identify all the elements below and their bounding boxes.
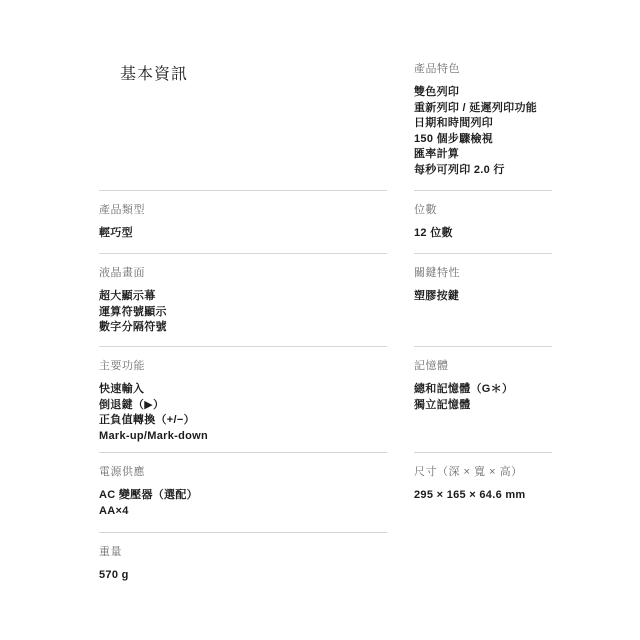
section-lcd-display: 液晶畫面 超大顯示幕 運算符號顯示 數字分隔符號 [99, 253, 387, 346]
section-key-characteristics: 關鍵特性 塑膠按鍵 [414, 253, 552, 346]
section-product-features: 產品特色 雙色列印 重新列印 / 延遲列印功能 日期和時間列印 150 個步驟檢… [414, 0, 552, 190]
spec-value: 295 × 165 × 64.6 mm [414, 488, 552, 504]
section-memory: 記憶體 總和記憶體（G＊） 獨立記憶體 [414, 346, 552, 452]
spec-value: 12 位數 [414, 226, 552, 242]
section-label: 位數 [414, 191, 552, 217]
spec-value: Mark-up/Mark-down [99, 429, 387, 445]
spec-value: 正負值轉換（+/−） [99, 413, 387, 429]
section-power-supply: 電源供應 AC 變壓器（選配） AA×4 [99, 452, 387, 532]
spec-item-list: 12 位數 [414, 226, 552, 242]
spec-value: 倒退鍵（▶） [99, 398, 387, 414]
spec-item-list: 超大顯示幕 運算符號顯示 數字分隔符號 [99, 289, 387, 336]
spec-value: 雙色列印 [414, 85, 552, 101]
spec-value: 570 g [99, 568, 387, 584]
spec-value: 重新列印 / 延遲列印功能 [414, 101, 552, 117]
section-label: 關鍵特性 [414, 254, 552, 280]
spec-value: 塑膠按鍵 [414, 289, 552, 305]
spec-sheet-page: 基本資訊 產品特色 雙色列印 重新列印 / 延遲列印功能 日期和時間列印 150… [0, 0, 640, 640]
spec-row-4: 主要功能 快速輸入 倒退鍵（▶） 正負值轉換（+/−） Mark-up/Mark… [0, 346, 640, 452]
spec-row-6: 重量 570 g [0, 532, 640, 640]
section-main-functions: 主要功能 快速輸入 倒退鍵（▶） 正負值轉換（+/−） Mark-up/Mark… [99, 346, 387, 452]
spec-item-list: 輕巧型 [99, 226, 387, 242]
spec-row-3: 液晶畫面 超大顯示幕 運算符號顯示 數字分隔符號 關鍵特性 塑膠按鍵 [0, 253, 640, 346]
section-label: 尺寸（深 × 寬 × 高） [414, 453, 552, 479]
spec-value: 每秒可列印 2.0 行 [414, 163, 552, 179]
spec-item-list: AC 變壓器（選配） AA×4 [99, 488, 387, 519]
spec-value: 運算符號顯示 [99, 305, 387, 321]
spec-item-list: 雙色列印 重新列印 / 延遲列印功能 日期和時間列印 150 個步驟檢視 匯率計… [414, 85, 552, 178]
section-label: 記憶體 [414, 347, 552, 373]
spec-value: 獨立記憶體 [414, 398, 552, 414]
spec-value: 150 個步驟檢視 [414, 132, 552, 148]
section-label: 產品類型 [99, 191, 387, 217]
spec-row-1: 基本資訊 產品特色 雙色列印 重新列印 / 延遲列印功能 日期和時間列印 150… [0, 0, 640, 190]
section-label: 液晶畫面 [99, 254, 387, 280]
basic-info-heading-cell: 基本資訊 [99, 0, 387, 190]
spec-item-list: 快速輸入 倒退鍵（▶） 正負值轉換（+/−） Mark-up/Mark-down [99, 382, 387, 444]
page-title: 基本資訊 [120, 64, 387, 86]
empty-cell [414, 532, 552, 640]
section-product-type: 產品類型 輕巧型 [99, 190, 387, 253]
section-digits: 位數 12 位數 [414, 190, 552, 253]
spec-value: 超大顯示幕 [99, 289, 387, 305]
spec-value: 總和記憶體（G＊） [414, 382, 552, 398]
spec-value: AC 變壓器（選配） [99, 488, 387, 504]
spec-value: 輕巧型 [99, 226, 387, 242]
spec-item-list: 塑膠按鍵 [414, 289, 552, 305]
section-dimensions: 尺寸（深 × 寬 × 高） 295 × 165 × 64.6 mm [414, 452, 552, 532]
spec-item-list: 295 × 165 × 64.6 mm [414, 488, 552, 504]
section-label: 主要功能 [99, 347, 387, 373]
spec-item-list: 570 g [99, 568, 387, 584]
section-label: 電源供應 [99, 453, 387, 479]
spec-row-5: 電源供應 AC 變壓器（選配） AA×4 尺寸（深 × 寬 × 高） 295 ×… [0, 452, 640, 532]
spec-value: 日期和時間列印 [414, 116, 552, 132]
spec-value: 數字分隔符號 [99, 320, 387, 336]
spec-row-2: 產品類型 輕巧型 位數 12 位數 [0, 190, 640, 253]
spec-value: AA×4 [99, 504, 387, 520]
section-label: 產品特色 [414, 50, 552, 76]
section-weight: 重量 570 g [99, 532, 387, 640]
spec-value: 快速輸入 [99, 382, 387, 398]
spec-value: 匯率計算 [414, 147, 552, 163]
spec-item-list: 總和記憶體（G＊） 獨立記憶體 [414, 382, 552, 413]
section-label: 重量 [99, 533, 387, 559]
